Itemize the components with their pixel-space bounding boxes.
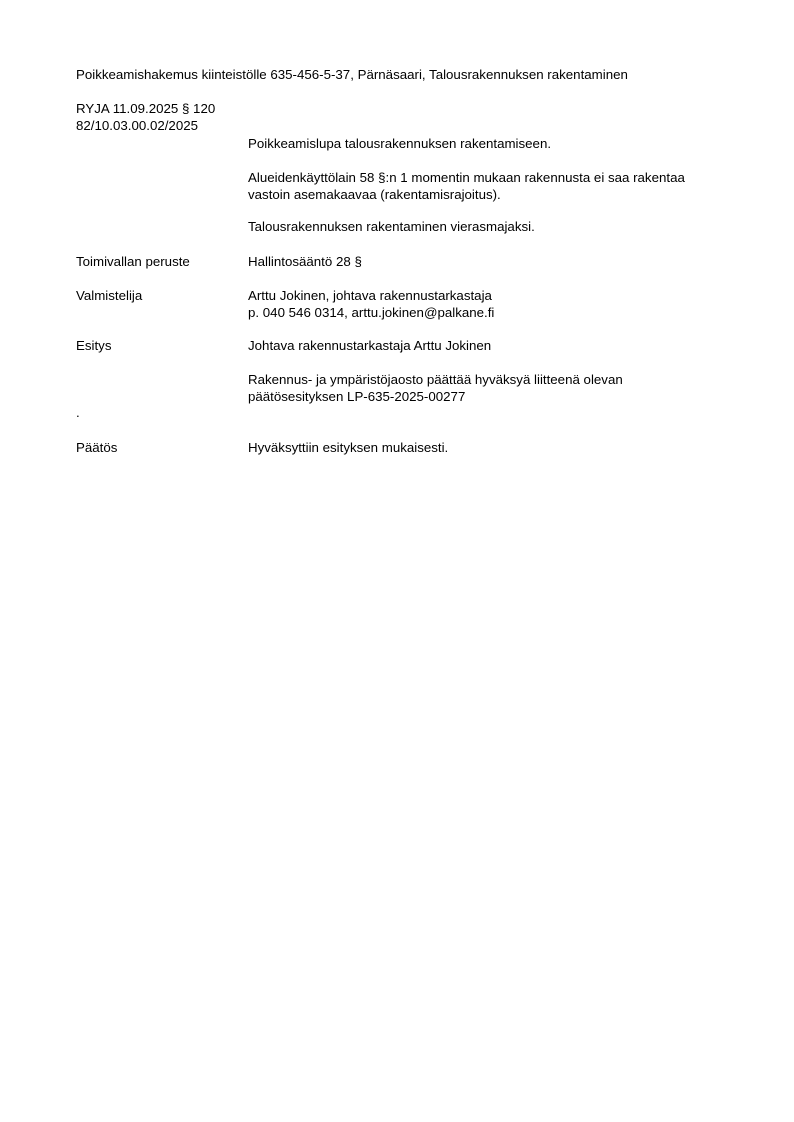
preparer-contact: p. 040 546 0314, arttu.jokinen@palkane.f…: [248, 304, 494, 321]
authority-value: Hallintosääntö 28 §: [248, 253, 362, 270]
document-title: Poikkeamishakemus kiinteistölle 635-456-…: [76, 66, 628, 83]
summary-paragraph-1: Poikkeamislupa talousrakennuksen rakenta…: [248, 135, 551, 152]
decision-label: Päätös: [76, 439, 117, 456]
record-number: 82/10.03.00.02/2025: [76, 117, 198, 134]
proposal-label: Esitys: [76, 337, 111, 354]
summary-paragraph-2-line-1: Alueidenkäyttölain 58 §:n 1 momentin muk…: [248, 169, 685, 186]
summary-paragraph-3: Talousrakennuksen rakentaminen vierasmaj…: [248, 218, 535, 235]
authority-label: Toimivallan peruste: [76, 253, 190, 270]
decision-value: Hyväksyttiin esityksen mukaisesti.: [248, 439, 448, 456]
meeting-reference: RYJA 11.09.2025 § 120: [76, 100, 215, 117]
preparer-name: Arttu Jokinen, johtava rakennustarkastaj…: [248, 287, 492, 304]
summary-paragraph-2-line-2: vastoin asemakaavaa (rakentamisrajoitus)…: [248, 186, 501, 203]
proposal-presenter: Johtava rakennustarkastaja Arttu Jokinen: [248, 337, 491, 354]
preparer-label: Valmistelija: [76, 287, 142, 304]
proposal-text-line-1: Rakennus- ja ympäristöjaosto päättää hyv…: [248, 371, 623, 388]
stray-dot: .: [76, 404, 80, 421]
proposal-text-line-2: päätösesityksen LP-635-2025-00277: [248, 388, 465, 405]
